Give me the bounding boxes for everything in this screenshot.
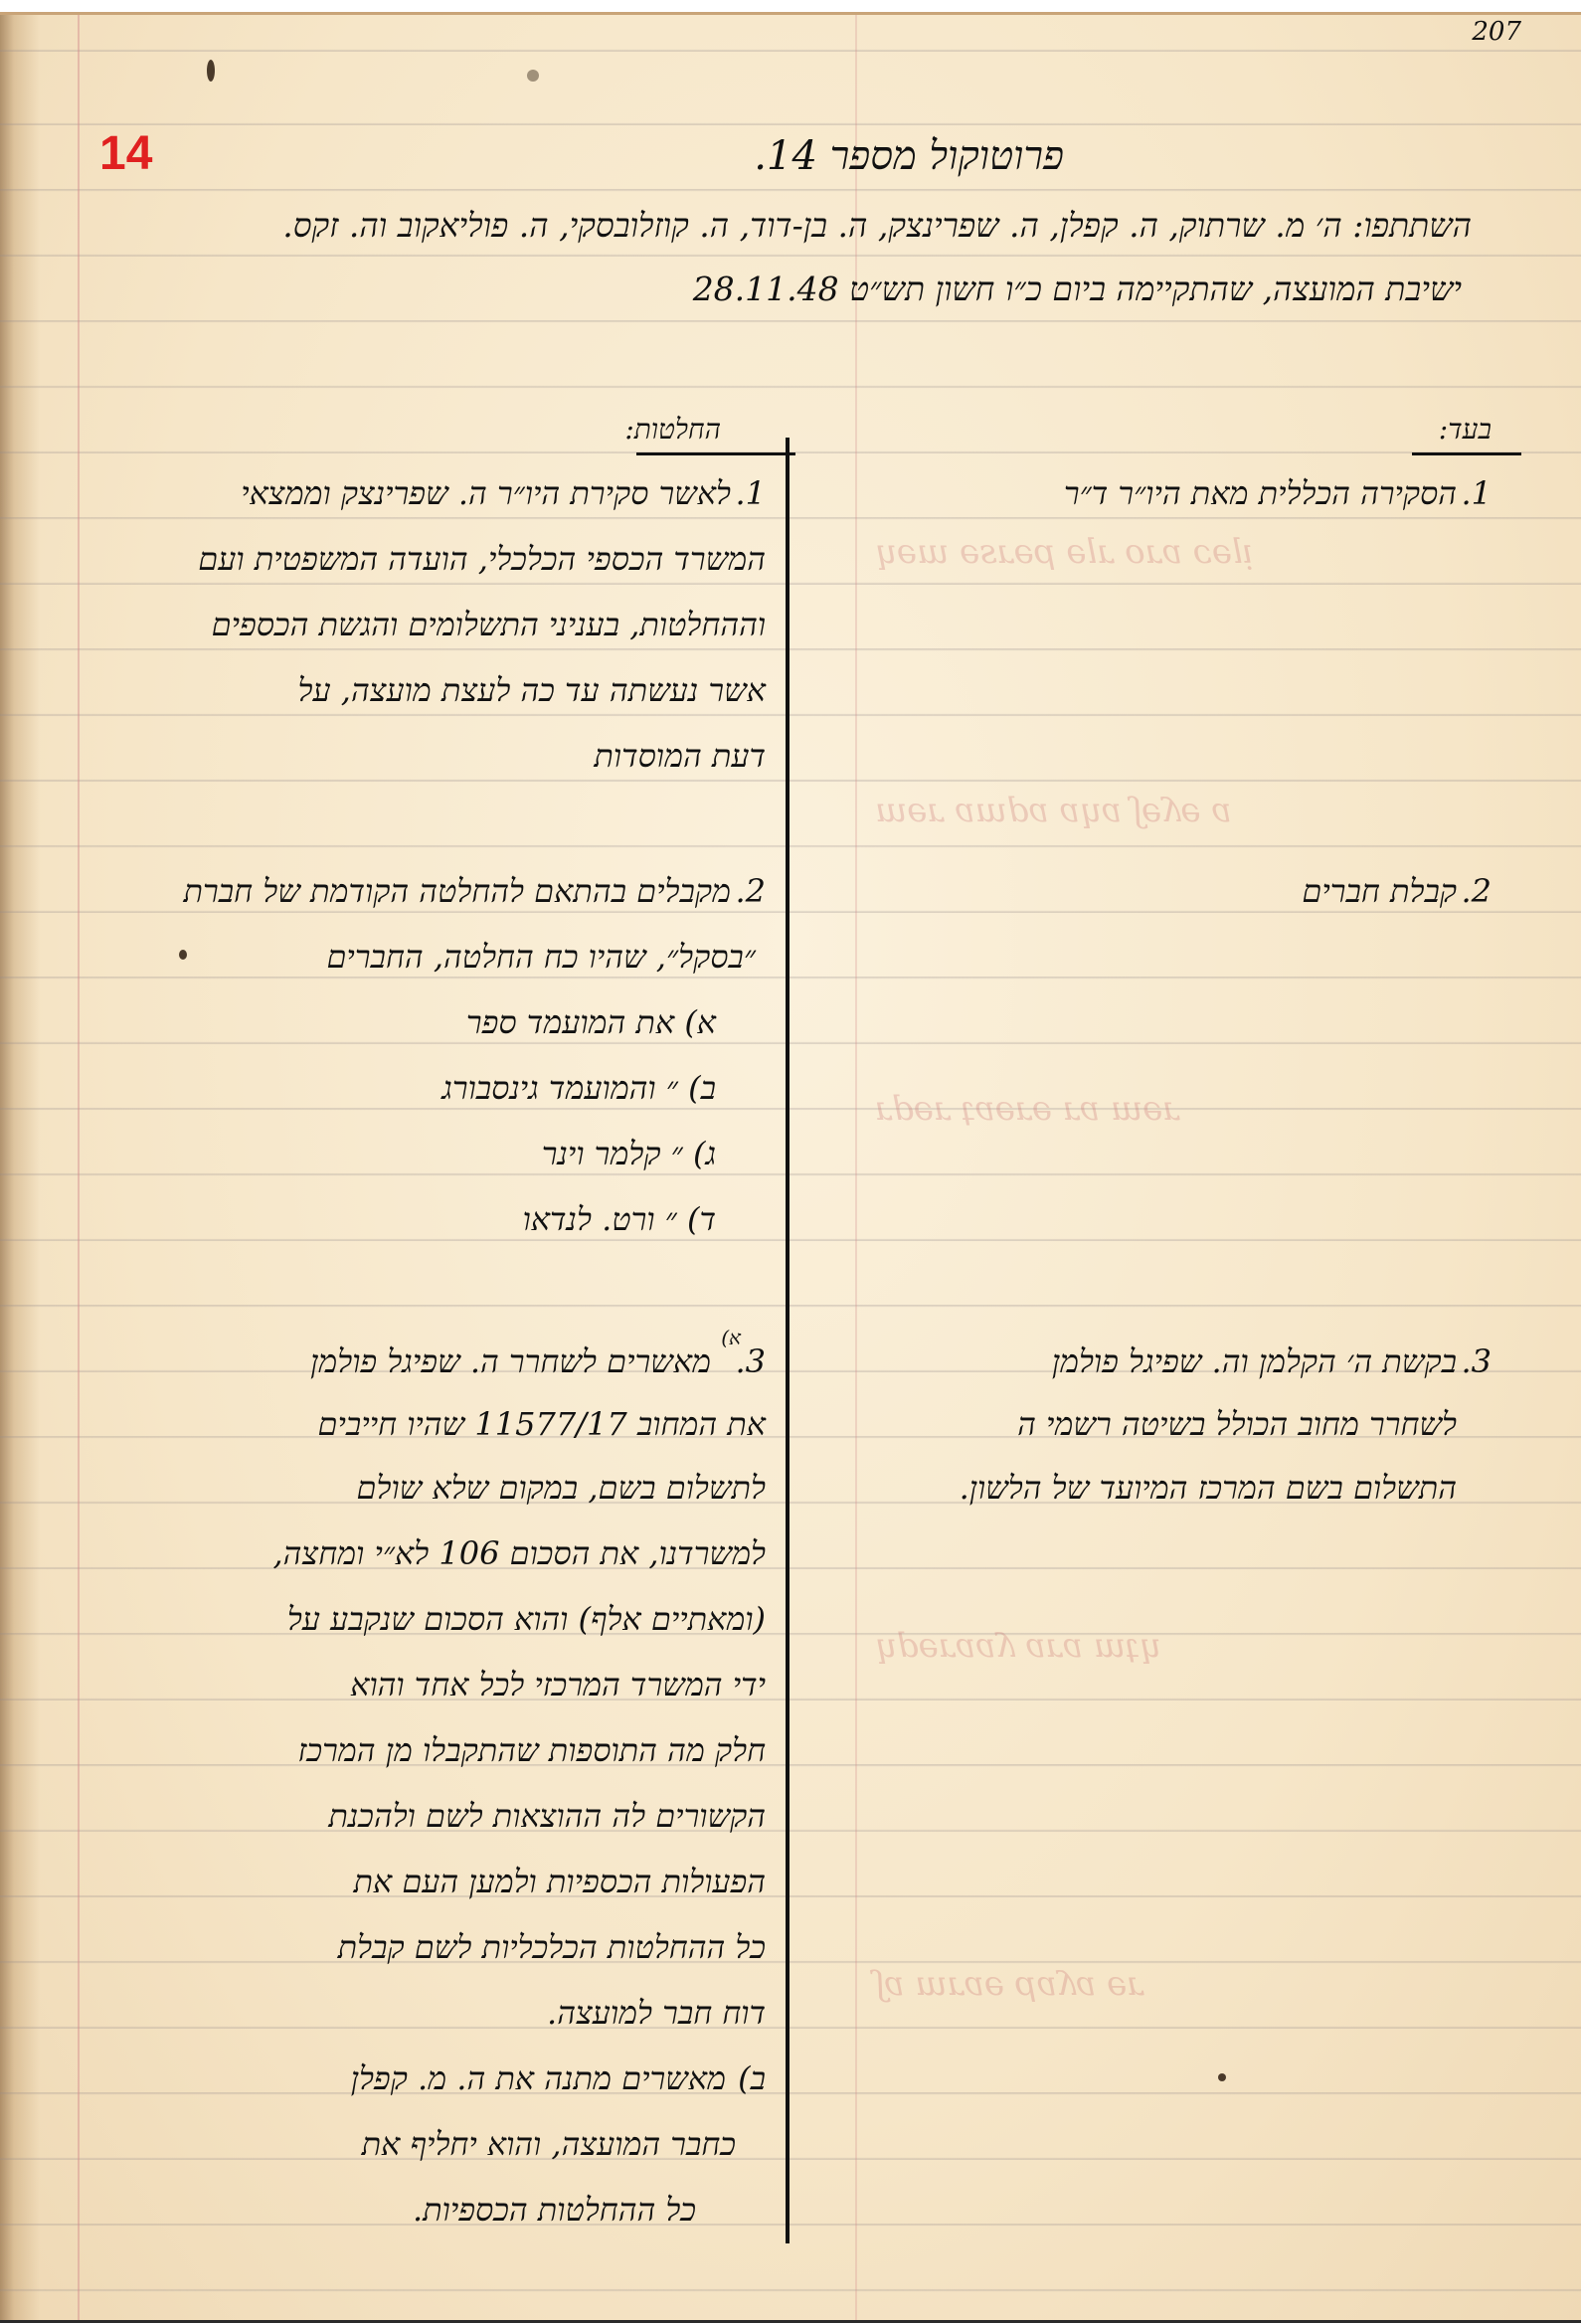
agenda-item-text: התשלום בשם המרכז המיועד של הלשון. xyxy=(960,1469,1457,1507)
attendees-line: השתתפו: ה׳ מ. שרתוק, ה. קפלן, ה. שפרינצק… xyxy=(282,206,1472,246)
minutes-title: פרוטוקול מספר 14. xyxy=(754,132,1064,179)
decision-line: דוח חבר למועצה. xyxy=(547,1994,766,2032)
decision-line: לאשר סקירת היו״ר ה. שפרינצק וממצאי xyxy=(241,474,731,512)
agenda-item-text: בקשת ה׳ הקלמן וה. שפיגל פולמן xyxy=(1052,1342,1457,1380)
decision-line: ״בסקל״, שהיו כח החלטה, החברים xyxy=(326,938,756,976)
agenda-item-text: לשחרר מחוב הכולל בשיטה רשמי ה xyxy=(1017,1405,1457,1443)
decision-line: מאשרים מתנה את ה. מ. קפלן xyxy=(351,2059,726,2097)
paper-stain xyxy=(527,70,539,82)
decision-item-number: 2. xyxy=(735,872,766,910)
decision-line: המשרד הכספי הכלכלי, הועדה המשפטית ועם xyxy=(198,540,766,578)
bleed-through-text: ɥʇɯ ɐɹɐ ʎɐɐɹǝdɥ xyxy=(875,1626,1161,1666)
decision-subitem-marker: א) xyxy=(721,1326,741,1350)
decision-line: הפעולות הכספיות ולמען העם את xyxy=(353,1863,766,1900)
decision-line: את המחוב 11577/17 שהיו חייבים xyxy=(318,1405,766,1443)
paper-stain xyxy=(1218,2073,1226,2081)
agenda-item-number: 3. xyxy=(1461,1342,1492,1380)
session-date-line: ישיבת המועצה, שהתקיימה ביום כ״ו חשון תש״… xyxy=(693,269,1462,309)
folio-number: 207 xyxy=(1472,17,1521,47)
decision-line: אשר נעשתה עד כה לעצת מועצה, על xyxy=(298,671,766,709)
decision-item-number: 1. xyxy=(735,474,766,512)
bleed-through-text: ɐ ǝʎǝʃ ɐɥɐ ɐdɯɐ ɹǝɯ xyxy=(875,791,1232,830)
column-divider xyxy=(786,438,790,2243)
decision-line: חלק מה התוספות שהתקבלו מן המרכז xyxy=(298,1731,766,1769)
agenda-item-number: 2. xyxy=(1461,872,1492,910)
decision-subitem-marker: ב) xyxy=(738,2059,766,2097)
agenda-item-text: קבלת חברים xyxy=(1302,872,1457,910)
decision-line: למשרדנו, את הסכום 106 לא״י ומחצה, xyxy=(273,1534,767,1572)
decision-line: הקשורים לה ההוצאות לשם ולהכנת xyxy=(328,1797,766,1835)
decision-line: מאשרים לשחרר ה. שפיגל פולמן xyxy=(310,1342,711,1380)
bleed-through-text: ɹǝɯ ɐɹ ǝɹǝɐʇ ɹǝdɹ xyxy=(875,1089,1179,1129)
decision-line: ידי המשרד המרכזי לכל אחד והוא xyxy=(350,1666,766,1703)
decision-line: לתשלום בשם, במקום שלא שולם xyxy=(357,1469,766,1507)
agenda-item-text: הסקירה הכללית מאת היו״ר ד״ר xyxy=(1064,474,1457,512)
decision-subitem: ד) ״ ורט. לנדאו xyxy=(523,1200,716,1238)
decision-line: מקבלים בהתאם להחלטה הקודמת של חברת xyxy=(183,872,731,910)
decisions-column-header: החלטות: xyxy=(624,413,721,447)
paper-stain xyxy=(179,950,187,960)
paper-stain xyxy=(207,60,215,82)
notebook-page: ᴉlǝɔ ɐɹo ɹlǝ pǝɹsǝ ɯǝɥ ɐ ǝʎǝʃ ɐɥɐ ɐdɯɐ ɹ… xyxy=(0,12,1581,2323)
decision-line: וההחלטות, בעניני התשלומים והגשת הכספים xyxy=(212,606,766,643)
decision-line: (ומאתיים אלף) והוא הסכום שנקבע על xyxy=(287,1600,766,1638)
agenda-item-number: 1. xyxy=(1461,474,1492,512)
agenda-header-underline xyxy=(1412,452,1521,455)
decision-subitem: ג) ״ קלמר וינר xyxy=(542,1135,716,1172)
decision-line: כל ההחלטות הכלכליות לשם קבלת xyxy=(338,1928,766,1966)
decision-subitem: ב) ״ והמועמד גינסבורג xyxy=(441,1069,716,1107)
bleed-through-text: ᴉlǝɔ ɐɹo ɹlǝ pǝɹsǝ ɯǝɥ xyxy=(875,532,1254,572)
decision-line: כל ההחלטות הכספיות. xyxy=(413,2191,696,2229)
ruled-lines xyxy=(0,15,1581,2320)
decisions-header-underline xyxy=(636,452,795,455)
margin-line-left xyxy=(78,15,80,2320)
decision-subitem: א) את המועמד ספר xyxy=(466,1003,716,1041)
page-stamp-number: 14 xyxy=(99,126,152,181)
decision-line: כחבר המועצה, והוא יחליף את xyxy=(362,2125,736,2163)
bleed-margin-line xyxy=(855,15,857,2320)
decision-line: דעת המוסדות xyxy=(594,737,766,775)
agenda-column-header: בעד: xyxy=(1439,413,1492,447)
bleed-through-text: ɹǝ ɐʎɐp ǝɐɹɯ ɐʃ xyxy=(875,1964,1143,2004)
